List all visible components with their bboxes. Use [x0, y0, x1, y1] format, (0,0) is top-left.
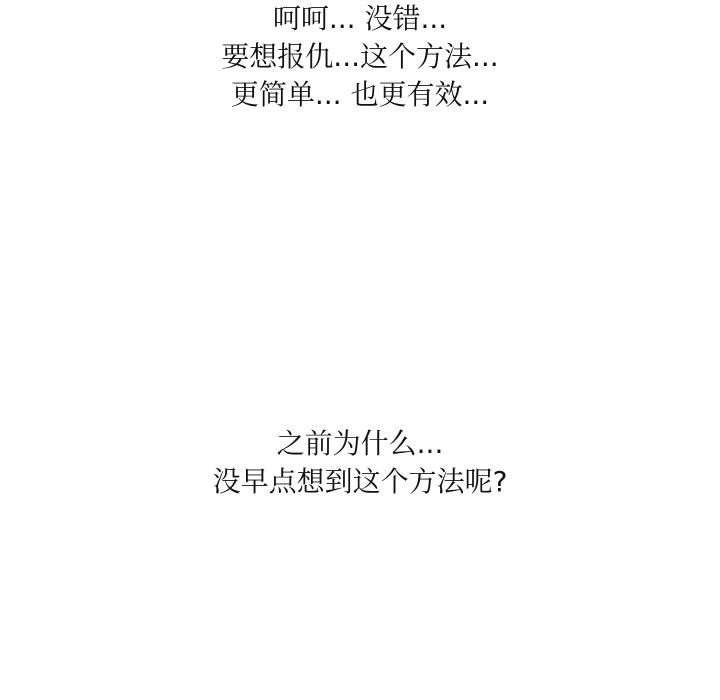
- dialogue-block-2: 之前为什么... 没早点想到这个方法呢?: [0, 425, 720, 501]
- dialogue-line: 没早点想到这个方法呢?: [0, 463, 720, 501]
- dialogue-line: 之前为什么...: [0, 425, 720, 463]
- dialogue-line: 要想报仇...这个方法...: [0, 38, 720, 76]
- dialogue-line: 更简单... 也更有效...: [0, 76, 720, 114]
- dialogue-block-1: 呵呵... 没错... 要想报仇...这个方法... 更简单... 也更有效..…: [0, 0, 720, 114]
- dialogue-line: 呵呵... 没错...: [0, 0, 720, 38]
